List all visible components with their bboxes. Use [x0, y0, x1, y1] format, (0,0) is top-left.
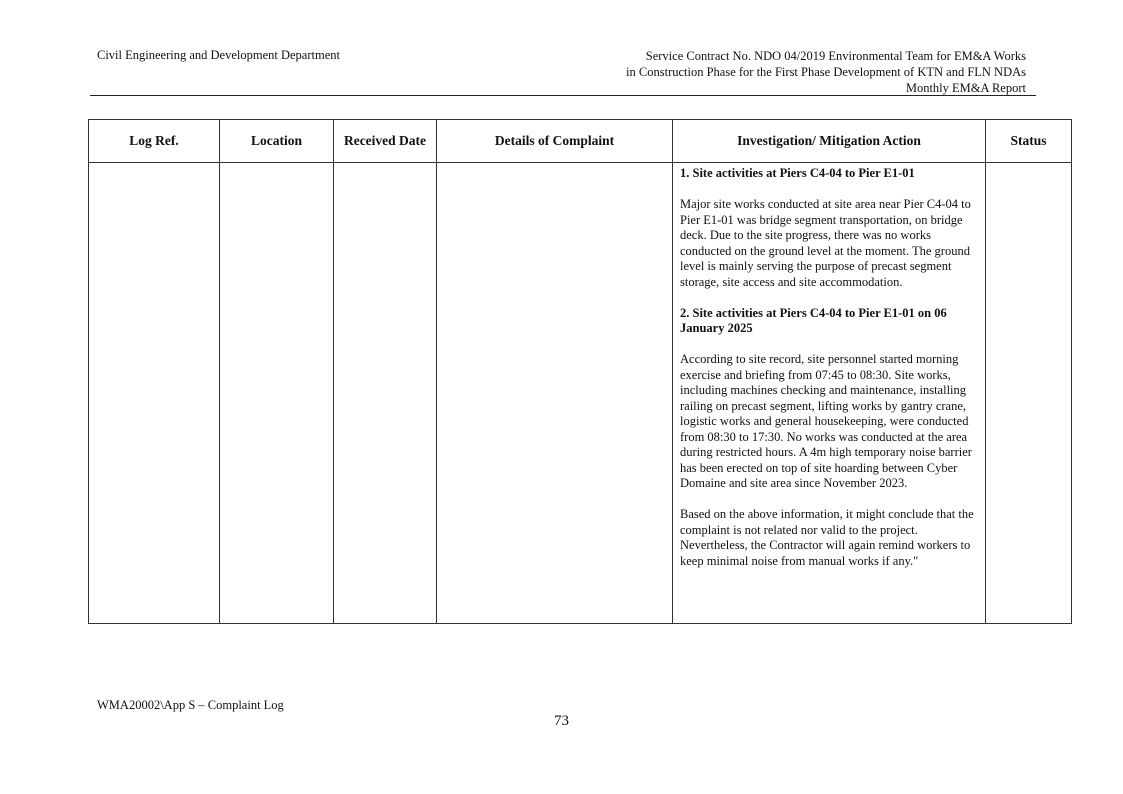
- header-divider: [90, 95, 1036, 96]
- header-department: Civil Engineering and Development Depart…: [97, 48, 340, 63]
- page-number: 73: [0, 713, 1123, 730]
- investigation-conclusion: Based on the above information, it might…: [680, 507, 978, 569]
- cell-log-ref: [89, 163, 220, 624]
- column-header-location: Location: [220, 120, 334, 163]
- cell-received-date: [334, 163, 437, 624]
- complaint-log-table: Log Ref. Location Received Date Details …: [88, 119, 1072, 624]
- column-header-investigation: Investigation/ Mitigation Action: [673, 120, 986, 163]
- cell-details: [437, 163, 673, 624]
- investigation-heading: 2. Site activities at Piers C4-04 to Pie…: [680, 306, 978, 337]
- cell-investigation: 1. Site activities at Piers C4-04 to Pie…: [673, 163, 986, 624]
- table-header-row: Log Ref. Location Received Date Details …: [89, 120, 1072, 163]
- column-header-log-ref: Log Ref.: [89, 120, 220, 163]
- column-header-received-date: Received Date: [334, 120, 437, 163]
- investigation-heading: 1. Site activities at Piers C4-04 to Pie…: [680, 166, 978, 182]
- header-contract-info: Service Contract No. NDO 04/2019 Environ…: [626, 48, 1026, 96]
- column-header-details: Details of Complaint: [437, 120, 673, 163]
- table-row: 1. Site activities at Piers C4-04 to Pie…: [89, 163, 1072, 624]
- header-report-title: Monthly EM&A Report: [626, 80, 1026, 96]
- column-header-status: Status: [986, 120, 1072, 163]
- investigation-paragraph: According to site record, site personnel…: [680, 352, 978, 492]
- header-contract-line: Service Contract No. NDO 04/2019 Environ…: [626, 48, 1026, 64]
- footer-document-ref: WMA20002\App S – Complaint Log: [97, 698, 284, 713]
- header-contract-line: in Construction Phase for the First Phas…: [626, 64, 1026, 80]
- cell-location: [220, 163, 334, 624]
- cell-status: [986, 163, 1072, 624]
- investigation-paragraph: Major site works conducted at site area …: [680, 197, 978, 290]
